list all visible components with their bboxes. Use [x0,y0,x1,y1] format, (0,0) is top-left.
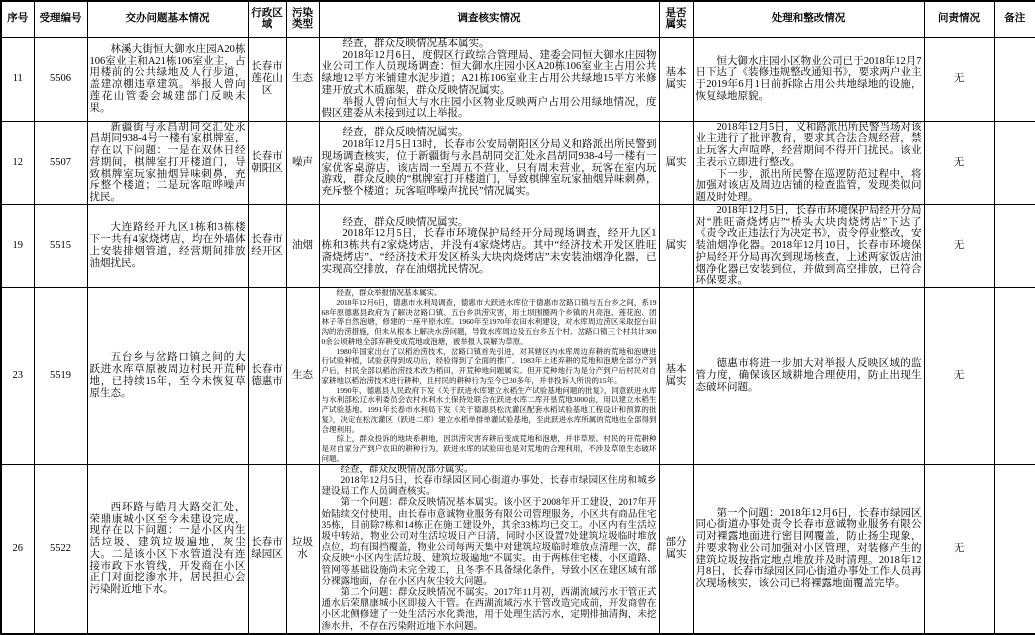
col-header-handling: 处理和整改情况 [693,1,924,37]
paragraph: 2018年12月5日，长春市绿园区同心街道办事处、长春市绿园区住房和城乡建设局工… [322,476,657,498]
complaint-handling-table: 序号 受理编号 交办问题基本情况 行政区域 污染类型 调查核实情况 是否属实 处… [0,0,1035,635]
paragraph: 举报人曾向恒大与水庄园小区物业反映两户占用公用绿地情况，度假区建委从未接到过以上… [322,97,657,121]
cell-region: 长春市德惠市 [248,288,286,465]
cell-accountability: 无 [924,288,994,465]
cell-region: 长春市朝阳区 [248,121,286,204]
cell-case-no: 5519 [34,288,87,465]
cell-seq: 23 [1,288,34,465]
cell-remark [994,121,1035,204]
problem-text: 五台乡与岔路口镇之间的大跃进水库草原被周边村民开荒种地，已持续15年，至今未恢复… [90,352,246,399]
cell-problem: 西环路与皓月大路交汇处，荣鼎康城小区至今未建设完成，现存在以下问题：一是小区内生… [87,464,248,634]
cell-investigation: 经查，群众反映情况部分属实。2018年12月5日，长春市绿园区同心街道办事处、长… [319,464,659,634]
cell-remark [994,288,1035,465]
cell-case-no: 5522 [34,464,87,634]
paragraph: 下一步，派出所民警在巡逻防范过程中，将加强对该店及周边店铺的检查监管，发现类似问… [696,169,922,204]
paragraph: 第二个问题：群众反映情况不属实。2017年11月初，西湖流域污水干管正式通水后荣… [322,588,657,633]
header-row: 序号 受理编号 交办问题基本情况 行政区域 污染类型 调查核实情况 是否属实 处… [1,1,1035,37]
problem-text: 西环路与皓月大路交汇处，荣鼎康城小区至今未建设完成，现存在以下问题：一是小区内生… [90,502,246,596]
cell-handling: 2018年12月5日，长春市环境保护局经开分局对“胜旺斋烧烤店”“桥头大块肉烧烤… [693,204,924,287]
cell-investigation: 经查，群众反映情况基本属实。2018年12月6日，度假区行政综合管理局、建委会同… [319,37,659,121]
col-header-remark: 备注 [994,1,1035,37]
cell-verdict: 属实 [659,204,693,287]
paragraph: 2018年12月5日，长春市环境保护局经开分局现场调查，经开九区1栋和3栋共有2… [322,228,657,275]
cell-case-no: 5507 [34,121,87,204]
paragraph: 德惠市将进一步加大对举报人反映区域的监管力度，确保该区域耕地合理使用，防止出现生… [696,358,922,393]
paragraph: 2018年12月6日，度假区行政综合管理局、建委会同恒大御水庄园物业公司工作人员… [322,50,657,97]
paragraph: 2018年12月5日13时，长春市公安局朝阳区分局义和路派出所民警到现场调查核实… [322,139,657,198]
paragraph: 经查，群众反映情况属实。 [322,127,657,139]
cell-problem: 新疆街与永昌胡同交汇处永昌胡同938-4号一楼有家棋牌室，存在以下问题：一是在双… [87,121,248,204]
paragraph: 2018年12月5日，义和路派出所民警当场对该业主进行了批评教育，要求其合法合规… [696,122,922,169]
cell-verdict: 基本属实 [659,288,693,465]
table-row: 12 5507 新疆街与永昌胡同交汇处永昌胡同938-4号一楼有家棋牌室，存在以… [1,121,1035,204]
cell-verdict: 部分属实 [659,464,693,634]
cell-accountability: 无 [924,464,994,634]
cell-seq: 19 [1,204,34,287]
col-header-pollution-type: 污染类型 [286,1,319,37]
cell-region: 长春市经开区 [248,204,286,287]
cell-handling: 恒大御水庄园小区物业公司已于2018年12月7日下达了《装修违规整改通知书》，要… [693,37,924,121]
cell-remark [994,204,1035,287]
paragraph: 2018年12月5日，长春市环境保护局经开分局对“胜旺斋烧烤店”“桥头大块肉烧烤… [696,205,922,287]
col-header-accountability: 问责情况 [924,1,994,37]
cell-seq: 12 [1,121,34,204]
cell-seq: 26 [1,464,34,634]
paragraph: 经查，群众反映情况属实。 [322,217,657,229]
col-header-problem: 交办问题基本情况 [87,1,248,37]
cell-pollution-type: 生态 [286,288,319,465]
cell-investigation: 经查，群众举报情况基本属实。2018年12月6日，德惠市水利局调查，德惠市大跃进… [319,288,659,465]
paragraph: 1980年国家出台了以稻治涝技术，岔路口镇首先引进，对其辖区内水库周边弃耕的荒地… [322,347,657,386]
paragraph: 2018年12月6日，德惠市水利局调查，德惠市大跃进水库位于德惠市岔路口镇与五台… [322,298,657,347]
cell-handling: 德惠市将进一步加大对举报人反映区域的监管力度，确保该区域耕地合理使用，防止出现生… [693,288,924,465]
cell-remark [994,37,1035,121]
paragraph: 经查，群众反映情况部分属实。 [322,465,657,476]
cell-region: 长春市绿园区 [248,464,286,634]
cell-handling: 2018年12月5日，义和路派出所民警当场对该业主进行了批评教育，要求其合法合规… [693,121,924,204]
cell-verdict: 基本属实 [659,37,693,121]
paragraph: 1990年，德惠县人民政府下发《关于跃进水库建立水稻生产试验基地问题的批复》，同… [322,386,657,435]
col-header-seq: 序号 [1,1,34,37]
cell-investigation: 经查，群众反映情况属实。2018年12月5日13时，长春市公安局朝阳区分局义和路… [319,121,659,204]
cell-case-no: 5515 [34,204,87,287]
cell-pollution-type: 生态 [286,37,319,121]
cell-problem: 林溪大街恒大御水庄园A20栋106室业主和A21栋106室业主，占用楼前的公共绿… [87,37,248,121]
cell-handling: 第一个问题：2018年12月6日，长春市绿园区同心街道办事处责令长春市意诚物业服… [693,464,924,634]
col-header-case-no: 受理编号 [34,1,87,37]
table-row: 19 5515 大连路经开九区1栋和3栋楼下一共有4家烧烤店，均在外墙体上安装排… [1,204,1035,287]
cell-accountability: 无 [924,204,994,287]
cell-problem: 五台乡与岔路口镇之间的大跃进水库草原被周边村民开荒种地，已持续15年，至今未恢复… [87,288,248,465]
paragraph: 第一个问题：群众反映情况基本属实。该小区于2008年开工建设，2017年开始陆续… [322,498,657,588]
paragraph: 综上，群众投诉的地块系耕地，因洪涝灾害弃耕后变成荒地和泡塘，并非草原。村民的开荒… [322,434,657,463]
problem-text: 大连路经开九区1栋和3栋楼下一共有4家烧烤店，均在外墙体上安装排烟管道，经营期间… [90,222,246,269]
col-header-investigation: 调查核实情况 [319,1,659,37]
paragraph: 恒大御水庄园小区物业公司已于2018年12月7日下达了《装修违规整改通知书》，要… [696,56,922,103]
paragraph: 经查，群众反映情况基本属实。 [322,38,657,50]
paragraph: 第一个问题：2018年12月6日，长春市绿园区同心街道办事处责令长春市意诚物业服… [696,508,922,590]
cell-investigation: 经查，群众反映情况属实。2018年12月5日，长春市环境保护局经开分局现场调查，… [319,204,659,287]
col-header-region: 行政区域 [248,1,286,37]
problem-text: 新疆街与永昌胡同交汇处永昌胡同938-4号一楼有家棋牌室，存在以下问题：一是在双… [90,122,246,204]
cell-problem: 大连路经开九区1栋和3栋楼下一共有4家烧烤店，均在外墙体上安装排烟管道，经营期间… [87,204,248,287]
table-row: 11 5506 林溪大街恒大御水庄园A20栋106室业主和A21栋106室业主，… [1,37,1035,121]
cell-verdict: 属实 [659,121,693,204]
cell-pollution-type: 油烟 [286,204,319,287]
table-row: 26 5522 西环路与皓月大路交汇处，荣鼎康城小区至今未建设完成，现存在以下问… [1,464,1035,634]
cell-region: 长春市莲花山区 [248,37,286,121]
cell-seq: 11 [1,37,34,121]
col-header-verdict: 是否属实 [659,1,693,37]
cell-accountability: 无 [924,121,994,204]
table-row: 23 5519 五台乡与岔路口镇之间的大跃进水库草原被周边村民开荒种地，已持续1… [1,288,1035,465]
cell-remark [994,464,1035,634]
problem-text: 林溪大街恒大御水庄园A20栋106室业主和A21栋106室业主，占用楼前的公共绿… [90,44,246,115]
cell-pollution-type: 垃圾水 [286,464,319,634]
cell-pollution-type: 噪声 [286,121,319,204]
cell-case-no: 5506 [34,37,87,121]
paragraph: 经查，群众举报情况基本属实。 [322,288,657,298]
cell-accountability: 无 [924,37,994,121]
